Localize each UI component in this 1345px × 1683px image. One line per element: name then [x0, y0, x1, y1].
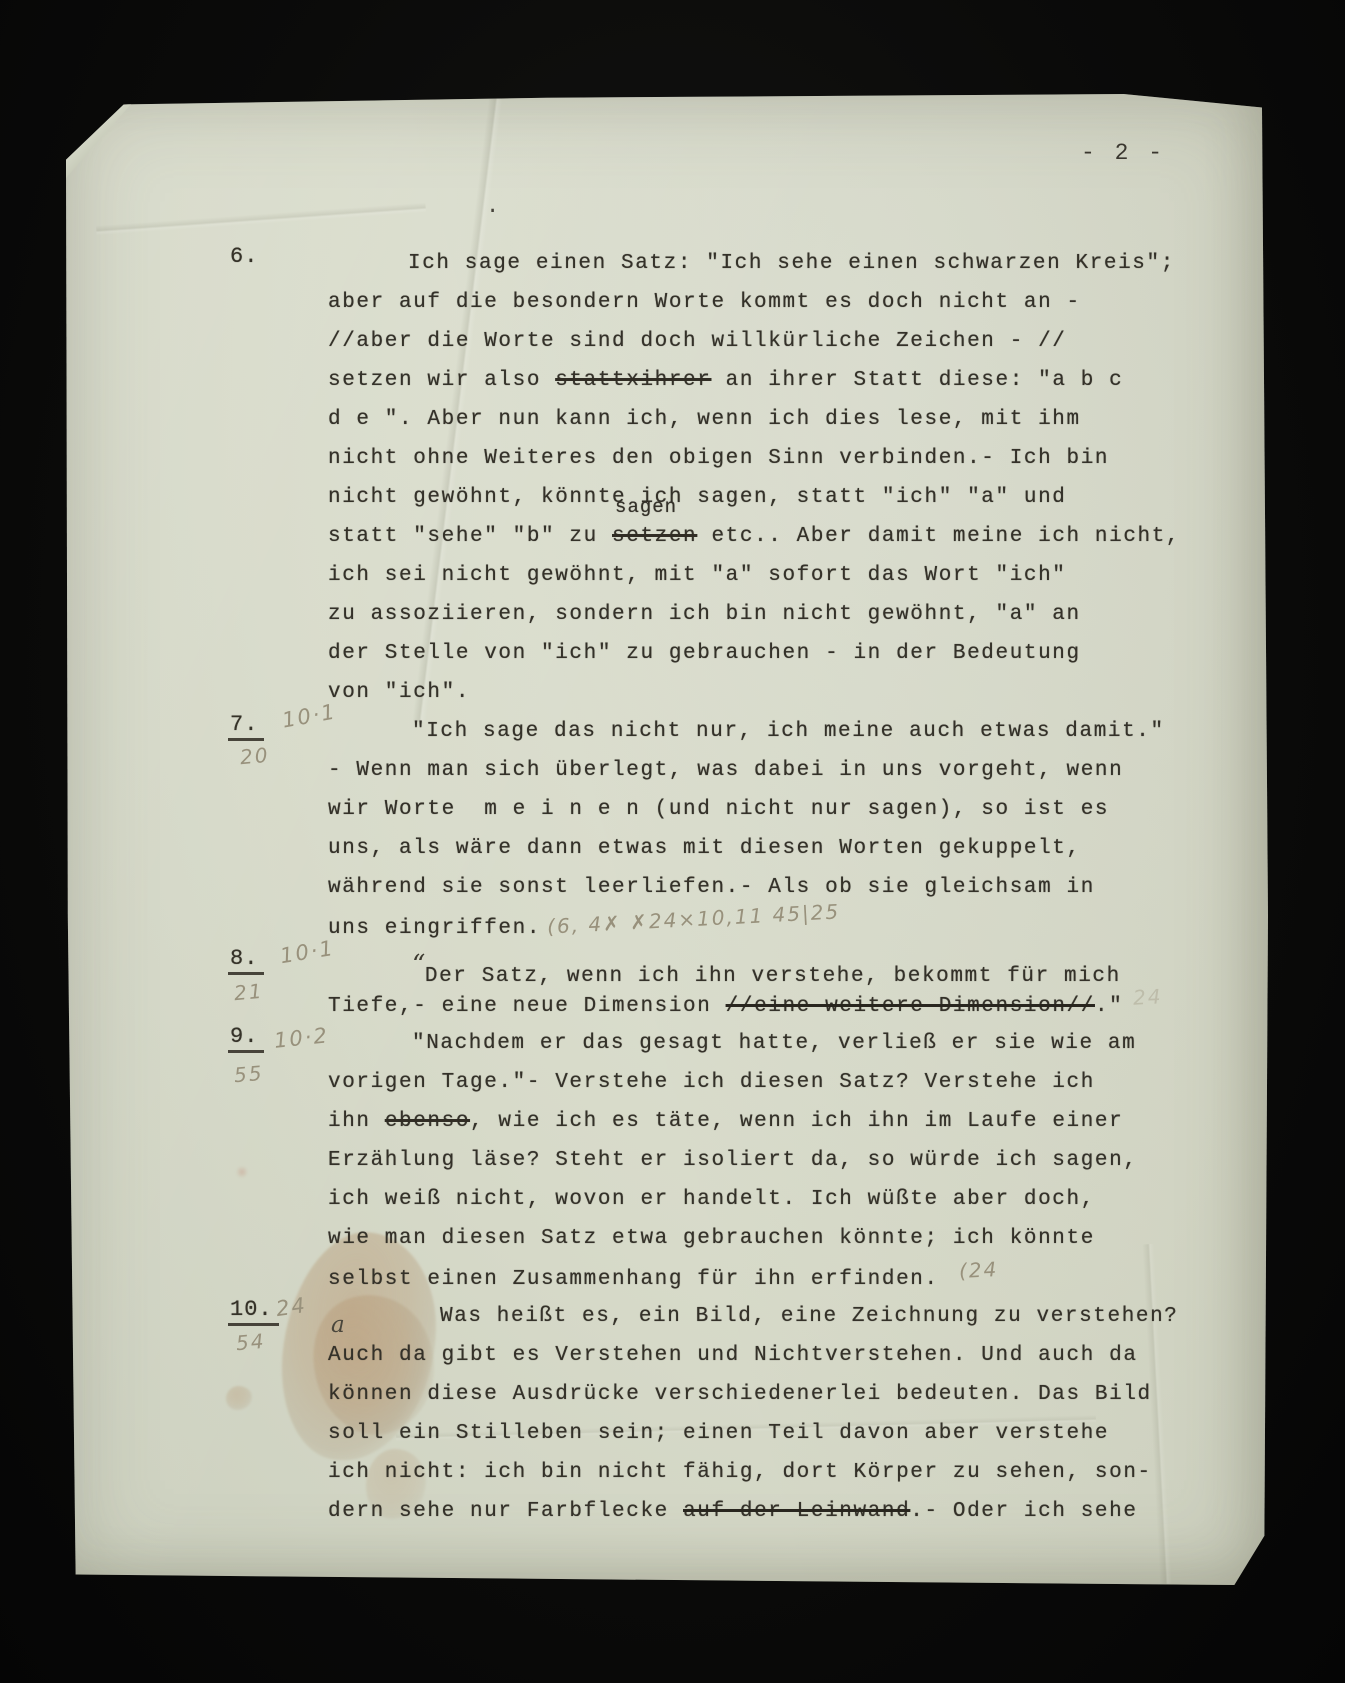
typescript-line: setzen wir also stattxihrer an ihrer Sta… [328, 361, 1268, 400]
typed-text: Erzählung läse? Steht er isoliert da, so… [328, 1149, 1138, 1172]
pencil-annotation-faint: 24 [1132, 977, 1163, 1017]
typed-text: wie man diesen Satz etwa gebrauchen könn… [328, 1227, 1095, 1250]
struck-text: setzen [612, 525, 697, 548]
typed-text: Was heißt es, ein Bild, eine Zeichnung z… [440, 1305, 1179, 1328]
typescript-line: selbst einen Zusammenhang für ihn erfind… [328, 1258, 1268, 1297]
typed-text: uns, als wäre dann etwas mit diesen Wort… [328, 837, 1081, 860]
typescript-section: 6.Ich sage einen Satz: "Ich sehe einen s… [328, 244, 1268, 712]
struck-text: stattxihrer [555, 369, 711, 392]
struck-text: ebenso [385, 1110, 470, 1133]
typed-text: der Stelle von "ich" zu gebrauchen - in … [328, 642, 1081, 665]
typescript-line: Erzählung läse? Steht er isoliert da, so… [328, 1141, 1268, 1180]
typed-text: etc.. Aber damit meine ich nicht, [697, 525, 1180, 548]
typed-text: während sie sonst leerliefen.- Als ob si… [328, 876, 1095, 899]
typescript-line: "Ich sage das nicht nur, ich meine auch … [328, 712, 1268, 751]
typed-text: statt "sehe" "b" zu [328, 525, 612, 548]
typescript-line: Was heißt es, ein Bild, eine Zeichnung z… [328, 1297, 1268, 1336]
typescript-line: - Wenn man sich überlegt, was dabei in u… [328, 751, 1268, 790]
typed-text: dern sehe nur Farbflecke [328, 1500, 683, 1523]
typed-text: zu assoziieren, sondern ich bin nicht ge… [328, 603, 1081, 626]
pencil-margin-number: 24 [274, 1293, 308, 1321]
typescript-line: vorigen Tage."- Verstehe ich diesen Satz… [328, 1063, 1268, 1102]
stray-typed-dot: . [486, 194, 499, 219]
typescript-line: ihn ebenso, wie ich es täte, wenn ich ih… [328, 1102, 1268, 1141]
typescript-section: 10.2454Was heißt es, ein Bild, eine Zeic… [328, 1297, 1268, 1531]
manuscript-page: - 2 - . 6.Ich sage einen Satz: "Ich sehe… [66, 94, 1268, 1588]
typescript-section: 8.10·121“Der Satz, wenn ich ihn verstehe… [328, 946, 1268, 1024]
typed-text: , wie ich es täte, wenn ich ihn im Laufe… [470, 1110, 1123, 1133]
typed-text: d e ". Aber nun kann ich, wenn ich dies … [328, 408, 1081, 431]
pencil-margin-number: 54 [235, 1329, 266, 1355]
typed-text: uns eingriffen. [328, 917, 541, 940]
typescript-line: ich nicht: ich bin nicht fähig, dort Kör… [328, 1453, 1268, 1492]
typed-text: nicht gewöhnt, könnte ich sagen, statt "… [328, 486, 1067, 509]
typed-text: da gibt es Verstehen und Nichtverstehen.… [385, 1344, 1138, 1367]
inserted-word-group: setzensagen [612, 517, 697, 556]
pencil-margin-number: 55 [233, 1061, 264, 1087]
typescript-line: statt "sehe" "b" zu setzensagen etc.. Ab… [328, 517, 1268, 556]
typed-text: selbst einen Zusammenhang für ihn erfind… [328, 1268, 953, 1291]
typed-text: "Ich sage das nicht nur, ich meine auch … [412, 720, 1165, 743]
typed-text: können diese Ausdrücke verschiedenerlei … [328, 1383, 1152, 1406]
typed-text: soll ein Stilleben sein; einen Teil davo… [328, 1422, 1109, 1445]
typescript-line: ich weiß nicht, wovon er handelt. Ich wü… [328, 1180, 1268, 1219]
typescript-line: "Nachdem er das gesagt hatte, verließ er… [328, 1024, 1268, 1063]
typescript-line: “Der Satz, wenn ich ihn verstehe, bekomm… [328, 946, 1268, 985]
struck-text: //eine weitere Dimension// [726, 995, 1095, 1018]
typescript-line: Ich sage einen Satz: "Ich sehe einen sch… [328, 244, 1268, 283]
typescript-line: dern sehe nur Farbflecke auf der Leinwan… [328, 1492, 1268, 1531]
typed-text: "Nachdem er das gesagt hatte, verließ er… [412, 1032, 1136, 1055]
section-margin: 7.10·120 [230, 712, 326, 792]
typed-section-number: 10. [228, 1297, 279, 1326]
typescript-line: wie man diesen Satz etwa gebrauchen könn… [328, 1219, 1268, 1258]
struck-text: auf der Leinwand [683, 1500, 910, 1523]
text-column: 6.Ich sage einen Satz: "Ich sehe einen s… [328, 244, 1268, 1531]
typescript-line: Aucha da gibt es Verstehen und Nichtvers… [328, 1336, 1268, 1375]
section-margin: 9.10·255 [230, 1024, 326, 1104]
typescript-section: 7.10·120"Ich sage das nicht nur, ich mei… [328, 712, 1268, 946]
typed-text: ich weiß nicht, wovon er handelt. Ich wü… [328, 1188, 1095, 1211]
folded-corner [66, 94, 140, 178]
typed-text: ." [1095, 995, 1123, 1018]
typescript-line: //aber die Worte sind doch willkürliche … [328, 322, 1268, 361]
typescript-line: nicht ohne Weiteres den obigen Sinn verb… [328, 439, 1268, 478]
handwritten-insertion: a [331, 1314, 346, 1337]
typed-text: ihn [328, 1110, 385, 1133]
typed-text: setzen wir also [328, 369, 555, 392]
typescript-line: der Stelle von "ich" zu gebrauchen - in … [328, 634, 1268, 673]
stain [236, 1166, 248, 1178]
typed-text: vorigen Tage."- Verstehe ich diesen Satz… [328, 1071, 1095, 1094]
pencil-margin-number: 10·2 [273, 1023, 330, 1053]
typed-text: ich nicht: ich bin nicht fähig, dort Kör… [328, 1461, 1152, 1484]
typed-text: Tiefe,- eine neue Dimension [328, 995, 726, 1018]
typed-text: Auch [328, 1344, 385, 1367]
typescript-line: uns, als wäre dann etwas mit diesen Wort… [328, 829, 1268, 868]
typed-text: //aber die Worte sind doch willkürliche … [328, 330, 1067, 353]
pencil-annotation: (24 [958, 1250, 999, 1291]
typed-text: .- Oder ich sehe [910, 1500, 1137, 1523]
typed-text: wir Worte m e i n e n (und nicht nur sag… [328, 798, 1109, 821]
typescript-line: wir Worte m e i n e n (und nicht nur sag… [328, 790, 1268, 829]
typescript-line: soll ein Stilleben sein; einen Teil davo… [328, 1414, 1268, 1453]
typescript-line: können diese Ausdrücke verschiedenerlei … [328, 1375, 1268, 1414]
typed-text: nicht ohne Weiteres den obigen Sinn verb… [328, 447, 1109, 470]
paper-crease [96, 203, 426, 236]
typed-text: aber auf die besondern Worte kommt es do… [328, 291, 1081, 314]
pencil-margin-number: 21 [233, 979, 264, 1005]
typed-insertion: sagen [615, 498, 677, 517]
scan-background: - 2 - . 6.Ich sage einen Satz: "Ich sehe… [0, 0, 1345, 1683]
typescript-line: nicht gewöhnt, könnte ich sagen, statt "… [328, 478, 1268, 517]
page-number: - 2 - [1081, 140, 1165, 166]
typed-text: - Wenn man sich überlegt, was dabei in u… [328, 759, 1123, 782]
typed-text: an ihrer Statt diese: "a b c [711, 369, 1123, 392]
section-margin: 8.10·121 [230, 946, 326, 1026]
typescript-section: 9.10·255"Nachdem er das gesagt hatte, ve… [328, 1024, 1268, 1297]
typed-text: ich sei nicht gewöhnt, mit "a" sofort da… [328, 564, 1067, 587]
typed-section-number: 9. [228, 1024, 264, 1053]
typed-section-number: 6. [230, 244, 258, 269]
typed-text: Ich sage einen Satz: "Ich sehe einen sch… [408, 252, 1175, 275]
typed-section-number: 8. [228, 946, 264, 975]
stain [226, 1386, 252, 1410]
section-margin: 6. [230, 244, 326, 324]
section-margin: 10.2454 [230, 1297, 326, 1377]
typed-section-number: 7. [228, 712, 264, 741]
pencil-margin-number: 20 [239, 743, 270, 769]
typescript-line: d e ". Aber nun kann ich, wenn ich dies … [328, 400, 1268, 439]
typed-text: von "ich". [328, 681, 470, 704]
typescript-line: uns eingriffen.(6, 4✗ ✗24×10,11 45|25 [328, 907, 1268, 946]
typescript-line: zu assoziieren, sondern ich bin nicht ge… [328, 595, 1268, 634]
typescript-line: aber auf die besondern Worte kommt es do… [328, 283, 1268, 322]
typescript-line: ich sei nicht gewöhnt, mit "a" sofort da… [328, 556, 1268, 595]
typescript-line: Tiefe,- eine neue Dimension //eine weite… [328, 985, 1268, 1024]
typescript-line: von "ich". [328, 673, 1268, 712]
inserted-word-group: Aucha [328, 1336, 385, 1375]
